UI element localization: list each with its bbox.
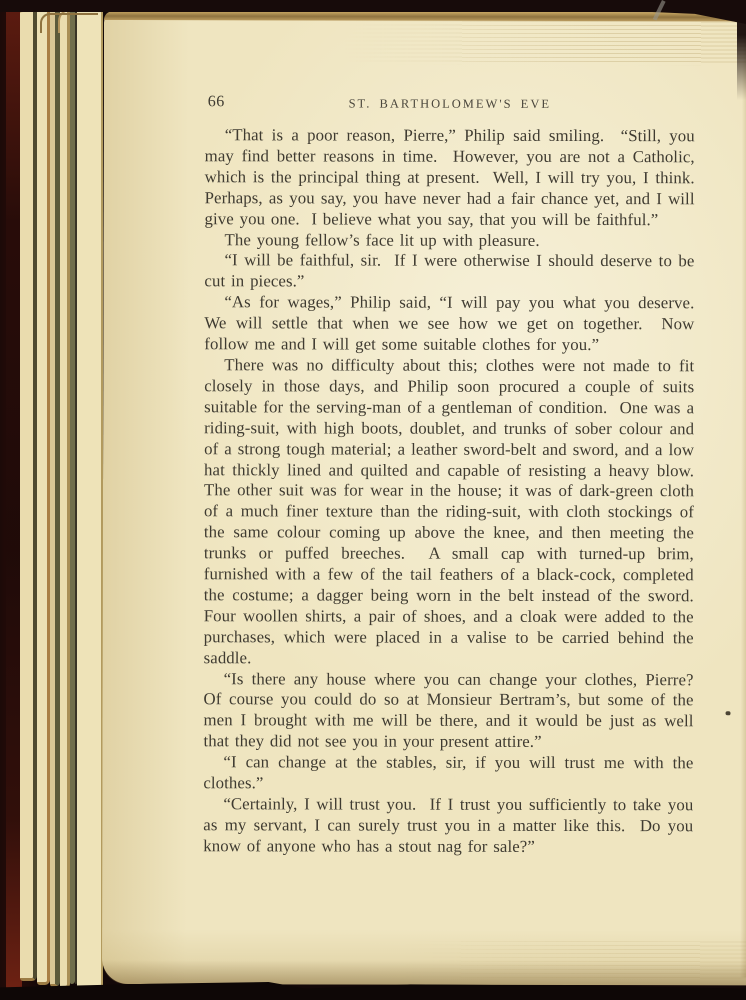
paragraph: “Certainly, I will trust you. If I trust… xyxy=(203,794,693,858)
page-text: “That is a poor reason, Pierre,” Philip … xyxy=(203,125,695,858)
page-edge-strip xyxy=(60,6,70,989)
paragraph: “I will be faithful, sir. If I were othe… xyxy=(204,251,694,294)
page-bottom-shadow xyxy=(102,960,746,985)
page-edge-strip xyxy=(77,5,103,994)
paragraph: “Is there any house where you can change… xyxy=(203,669,693,754)
paragraph: “I can change at the stables, sir, if yo… xyxy=(203,752,693,795)
paragraph: “That is a poor reason, Pierre,” Philip … xyxy=(205,125,695,231)
page-edge-striations xyxy=(344,21,746,66)
fore-edge-shading xyxy=(740,21,746,977)
paragraph: There was no difficulty about this; clot… xyxy=(204,355,695,670)
page-edge-strip xyxy=(50,7,60,987)
paragraph: The young fellow’s face lit up with plea… xyxy=(204,230,694,252)
cover-right-edge xyxy=(737,0,746,100)
book-page: 66 ST. BARTHOLOMEW'S EVE “That is a poor… xyxy=(102,11,746,985)
gilt-edge xyxy=(104,11,746,21)
gilt-corner-arc xyxy=(40,13,98,33)
running-head: ST. BARTHOLOMEW'S EVE xyxy=(205,96,695,112)
book-scan: 66 ST. BARTHOLOMEW'S EVE “That is a poor… xyxy=(0,0,746,1000)
page-edge-strip xyxy=(37,8,50,985)
paragraph: “As for wages,” Philip said, “I will pay… xyxy=(204,292,694,356)
page-edge-strip xyxy=(20,10,37,981)
ink-speck xyxy=(726,711,731,715)
